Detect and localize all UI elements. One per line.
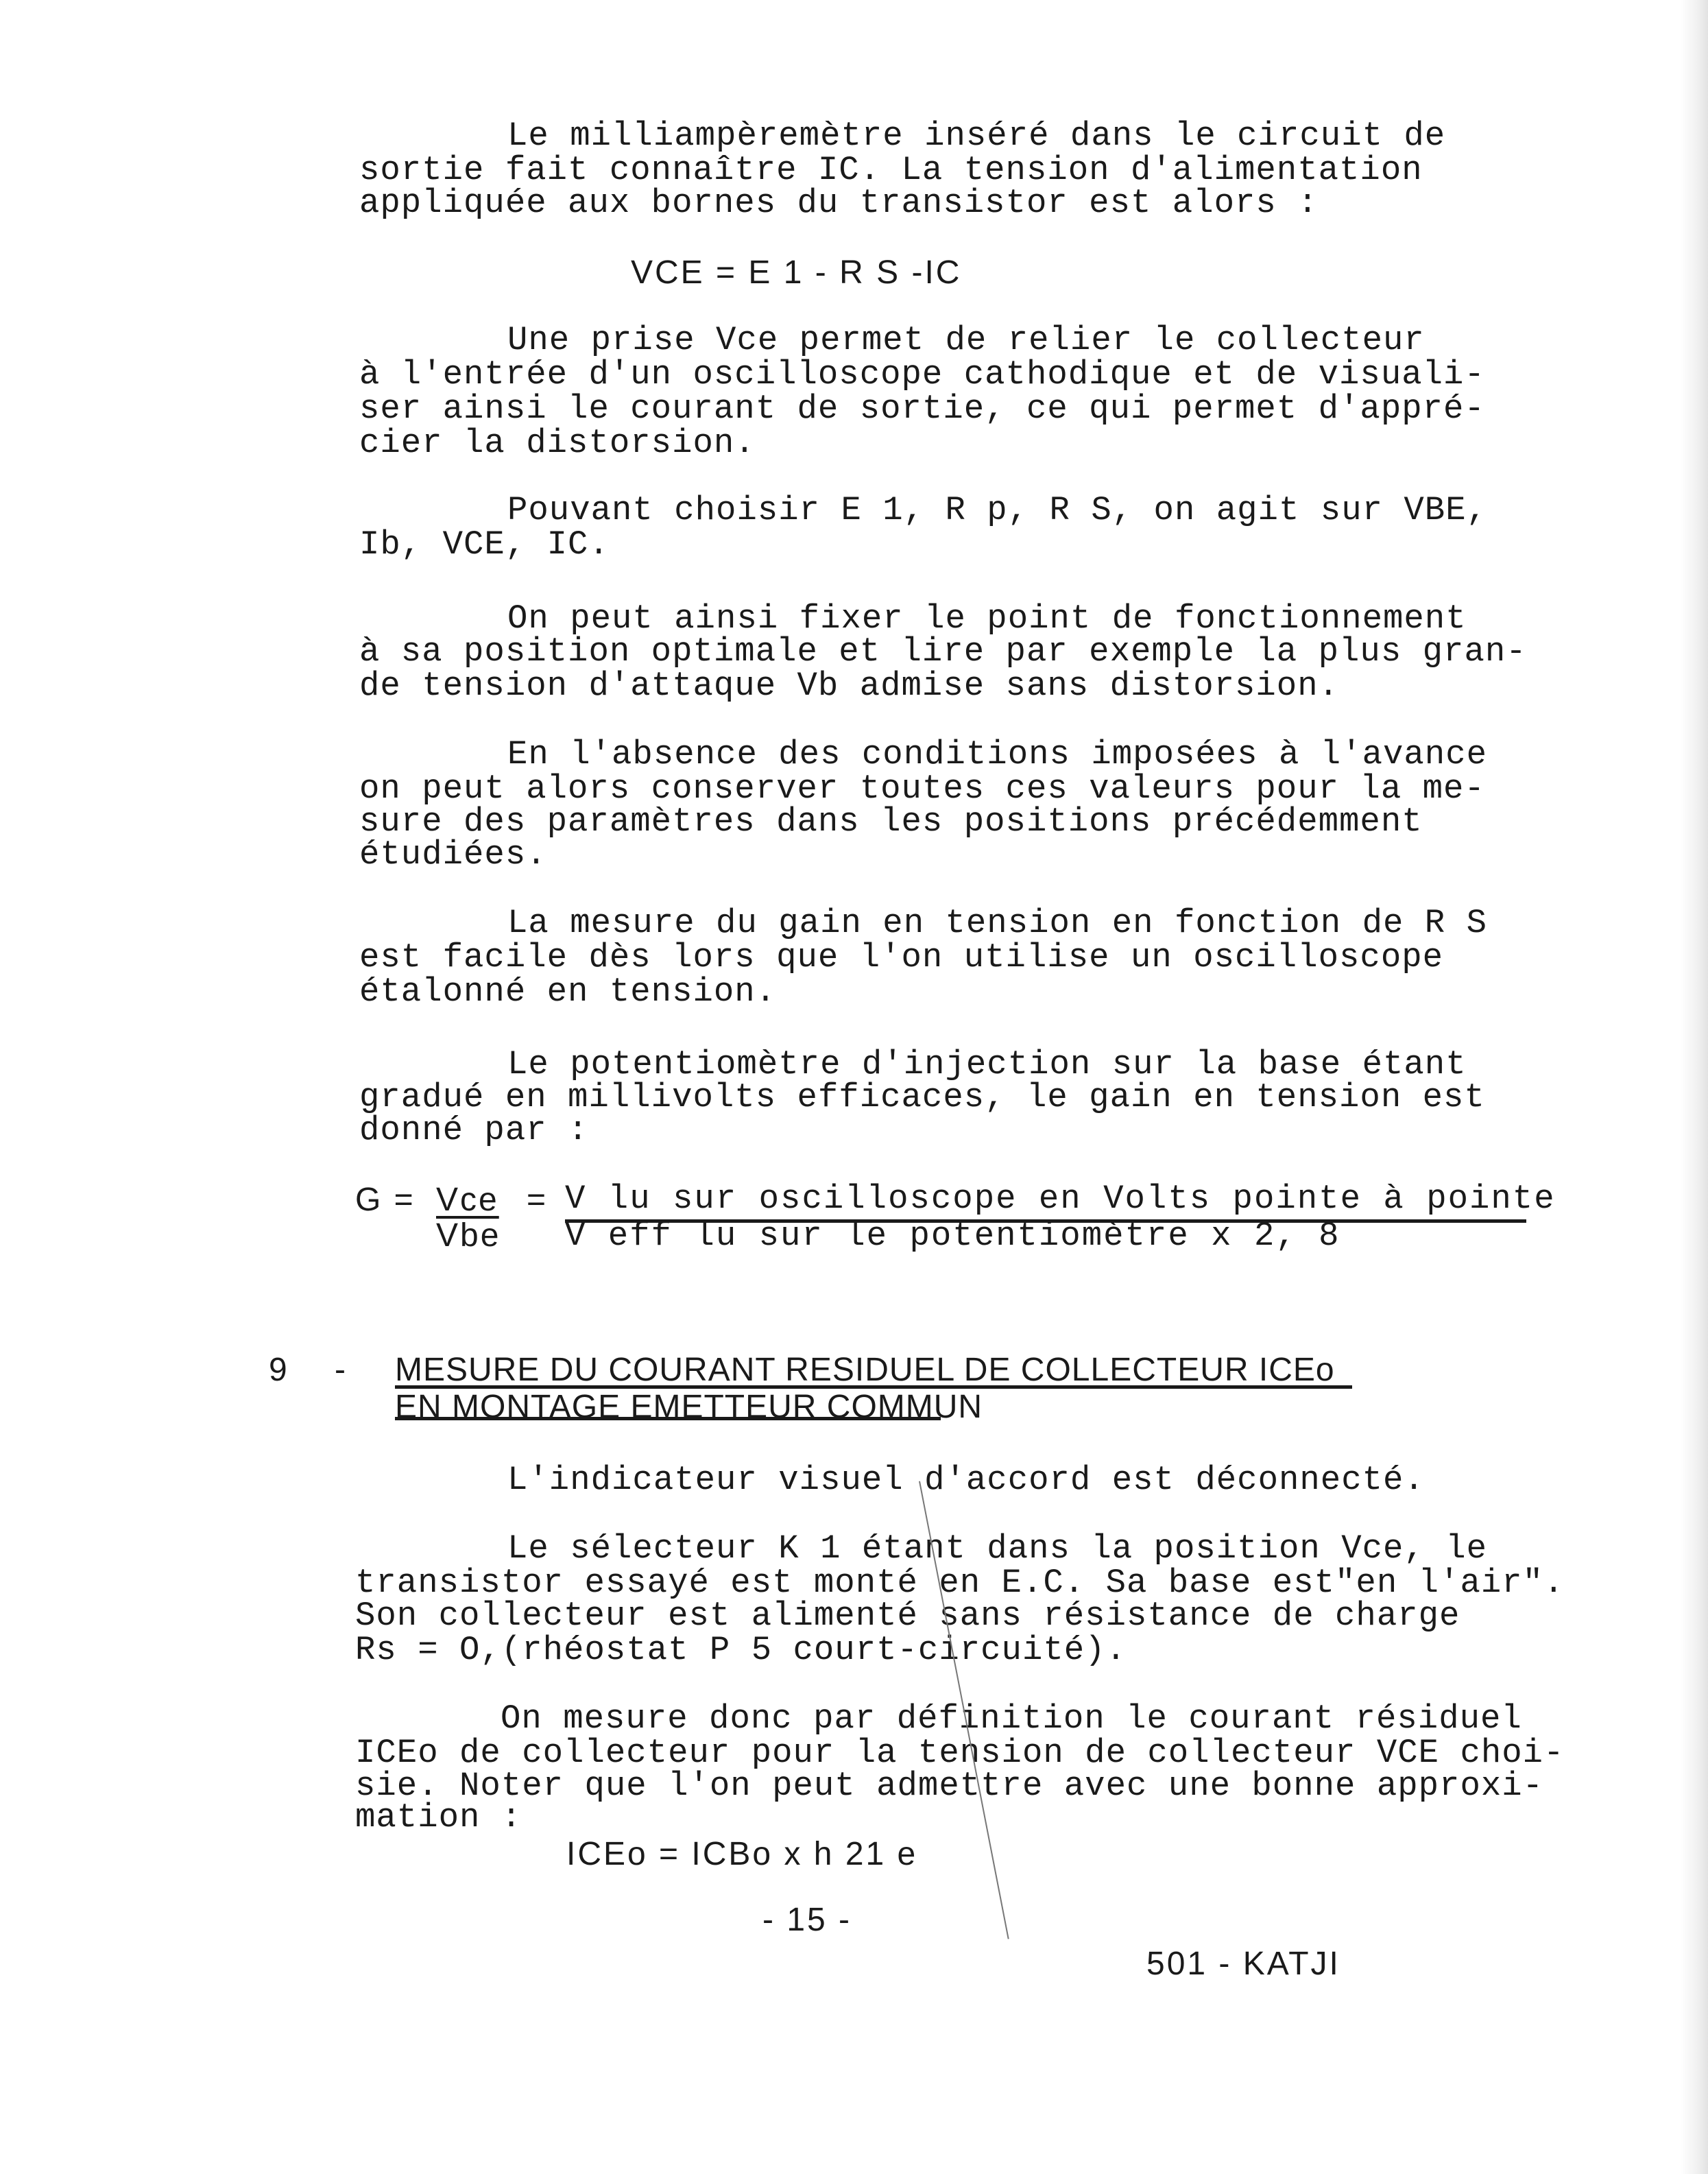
text-line: La mesure du gain en tension en fonction… bbox=[507, 905, 1487, 941]
text-line: on peut alors conserver toutes ces valeu… bbox=[359, 771, 1485, 807]
document-reference: 501 - KATJI bbox=[1146, 1945, 1340, 1983]
section-number: 9 bbox=[269, 1351, 289, 1389]
text-line: Pouvant choisir E 1, R p, R S, on agit s… bbox=[507, 492, 1487, 528]
section-title-line1: MESURE DU COURANT RESIDUEL DE COLLECTEUR… bbox=[395, 1351, 1335, 1389]
text-line: ser ainsi le courant de sortie, ce qui p… bbox=[359, 391, 1485, 427]
page-edge-shadow bbox=[1681, 0, 1708, 2174]
text-line: gradué en millivolts efficaces, le gain … bbox=[359, 1079, 1485, 1115]
formula-iceo: ICEo = ICBo x h 21 e bbox=[566, 1835, 917, 1873]
text-line: mation : bbox=[355, 1800, 522, 1835]
text-line: cier la distorsion. bbox=[359, 425, 756, 461]
section-title-underline bbox=[395, 1417, 941, 1420]
formula-vce: VCE = E 1 - R S -IC bbox=[631, 254, 961, 291]
gain-numerator: V lu sur oscilloscope en Volts pointe à … bbox=[565, 1181, 1556, 1217]
text-line: On mesure donc par définition le courant… bbox=[501, 1701, 1522, 1736]
text-line: de tension d'attaque Vb admise sans dist… bbox=[359, 668, 1339, 704]
text-line: étalonné en tension. bbox=[359, 974, 776, 1010]
text-line: Le milliampèremètre inséré dans le circu… bbox=[507, 118, 1445, 154]
text-line: L'indicateur visuel d'accord est déconne… bbox=[507, 1462, 1425, 1498]
text-line: On peut ainsi fixer le point de fonction… bbox=[507, 601, 1467, 636]
page-number: - 15 - bbox=[762, 1901, 852, 1939]
text-line: à l'entrée d'un oscilloscope cathodique … bbox=[359, 357, 1485, 392]
gain-ratio-numerator: Vce bbox=[436, 1181, 499, 1219]
text-line: est facile dès lors que l'on utilise un … bbox=[359, 940, 1443, 975]
text-line: sortie fait connaître IC. La tension d'a… bbox=[359, 152, 1423, 188]
text-line: Une prise Vce permet de relier le collec… bbox=[507, 322, 1425, 358]
text-line: Rs = O,(rhéostat P 5 court-circuité). bbox=[355, 1632, 1127, 1668]
gain-denominator: V eff lu sur le potentiomètre x 2, 8 bbox=[565, 1218, 1340, 1254]
text-line: étudiées. bbox=[359, 837, 547, 872]
text-line: appliquée aux bornes du transistor est a… bbox=[359, 185, 1319, 221]
text-line: à sa position optimale et lire par exemp… bbox=[359, 634, 1527, 669]
text-line: donné par : bbox=[359, 1112, 588, 1148]
gain-lhs: G = bbox=[355, 1181, 416, 1219]
text-line: ICEo de collecteur pour la tension de co… bbox=[355, 1735, 1564, 1771]
text-line: Son collecteur est alimenté sans résista… bbox=[355, 1598, 1460, 1634]
text-line: transistor essayé est monté en E.C. Sa b… bbox=[355, 1565, 1564, 1601]
gain-equals: = bbox=[527, 1181, 548, 1219]
section-dash: - bbox=[335, 1351, 348, 1389]
text-line: En l'absence des conditions imposées à l… bbox=[507, 737, 1487, 772]
text-line: Ib, VCE, IC. bbox=[359, 527, 610, 562]
text-line: Le sélecteur K 1 étant dans la position … bbox=[507, 1531, 1487, 1566]
text-line: sie. Noter que l'on peut admettre avec u… bbox=[355, 1768, 1543, 1804]
text-line: sure des paramètres dans les positions p… bbox=[359, 804, 1423, 839]
gain-ratio-denominator: Vbe bbox=[436, 1217, 501, 1254]
text-line: Le potentiomètre d'injection sur la base… bbox=[507, 1047, 1467, 1082]
